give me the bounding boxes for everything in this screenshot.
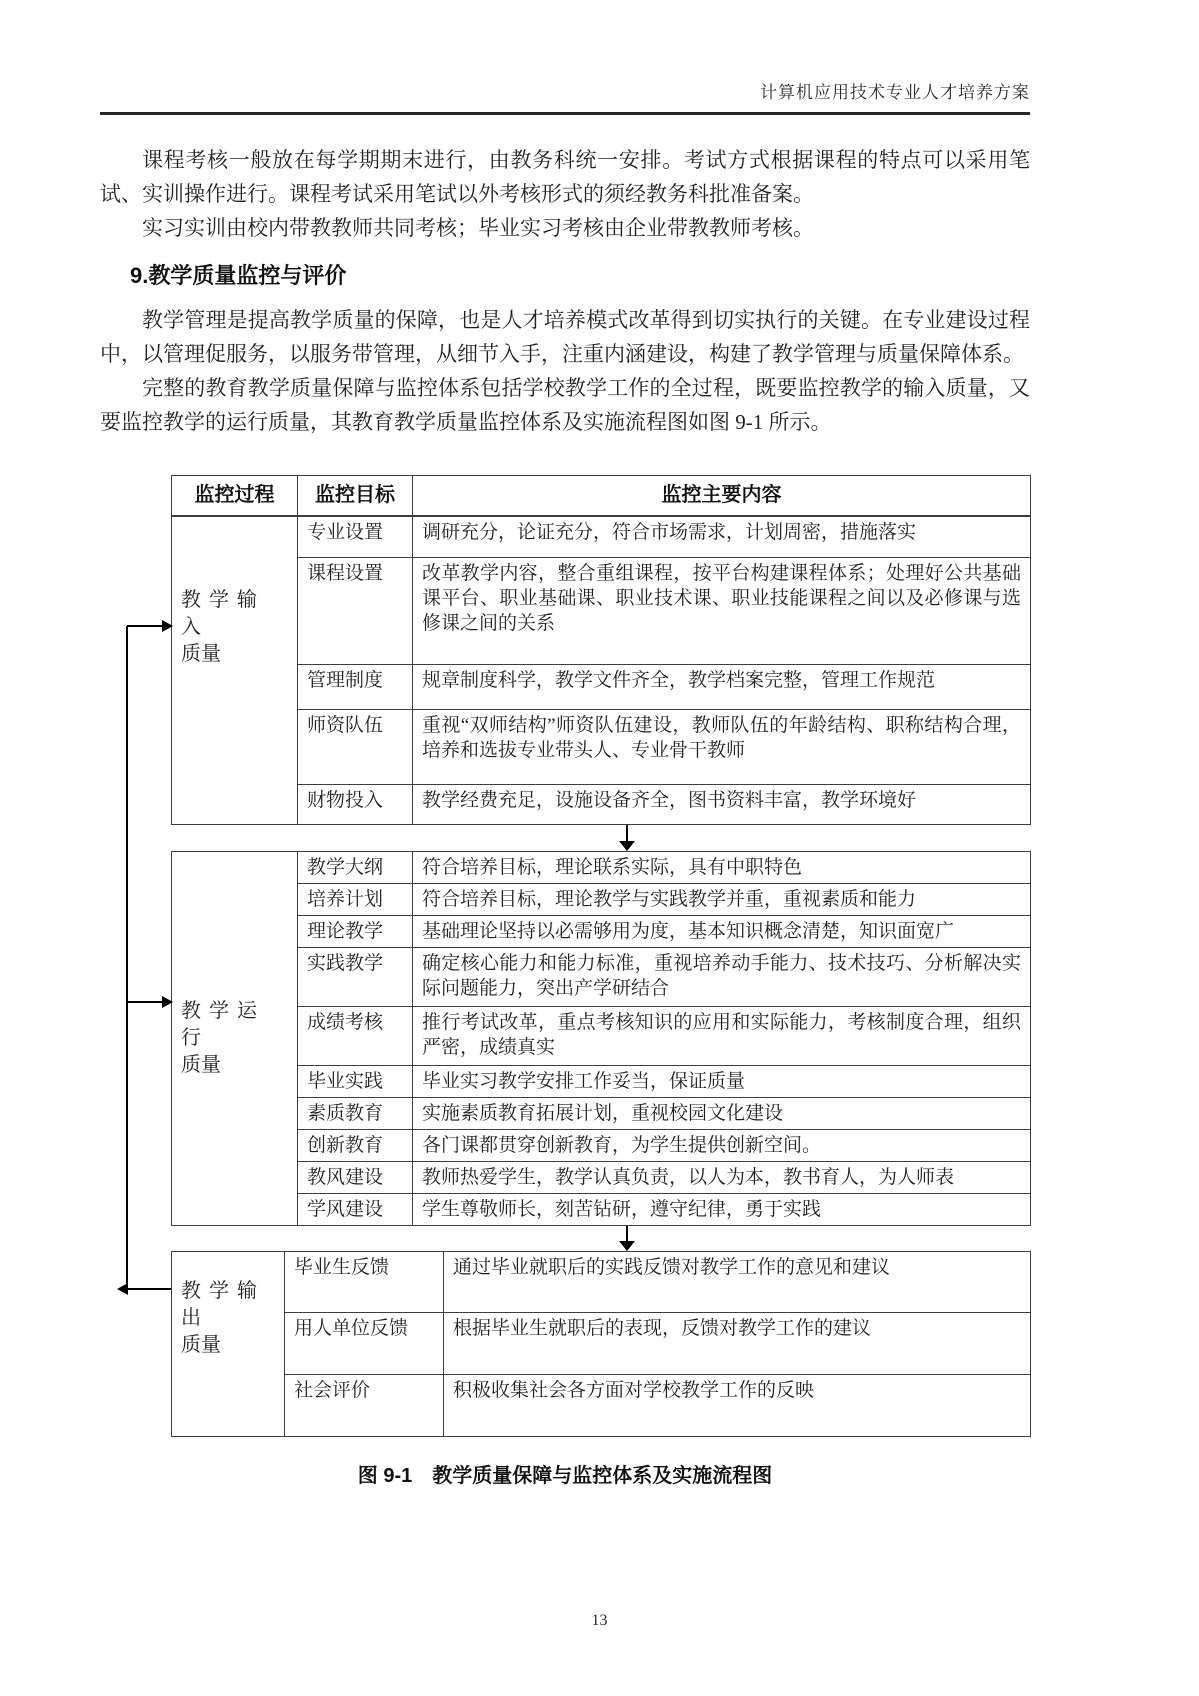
target-cell: 毕业生反馈 xyxy=(285,1252,444,1313)
target-cell: 毕业实践 xyxy=(298,1066,413,1098)
target-cell: 理论教学 xyxy=(298,916,413,948)
header-rule xyxy=(100,112,1030,115)
target-cell: 用人单位反馈 xyxy=(285,1313,444,1375)
down-arrow-head-icon xyxy=(619,1241,635,1251)
target-cell: 专业设置 xyxy=(298,516,413,558)
process-cell: 教学输入质量 xyxy=(172,516,298,825)
process-label-line2: 质量 xyxy=(181,1052,288,1079)
content-cell: 符合培养目标，理论教学与实践教学并重，重视素质和能力 xyxy=(413,884,1031,916)
body-paragraph-4: 完整的教育教学质量保障与监控体系包括学校教学工作的全过程，既要监控教学的输入质量… xyxy=(100,371,1030,439)
arrow-right-input-quality xyxy=(127,625,163,627)
process-label-line2: 质量 xyxy=(181,1332,275,1359)
section-heading: 9.教学质量监控与评价 xyxy=(130,261,1030,291)
target-cell: 师资队伍 xyxy=(298,710,413,785)
flow-row: 教学输入质量专业设置调研充分，论证充分，符合市场需求，计划周密，措施落实 xyxy=(172,516,1031,558)
flow-row: 财物投入教学经费充足，设施设备齐全，图书资料丰富，教学环境好 xyxy=(172,785,1031,825)
document-page: { "page": { "header_title": "计算机应用技术专业人才… xyxy=(0,0,1199,1696)
flow-column-header: 监控过程 xyxy=(172,476,298,516)
flow-row: 培养计划符合培养目标，理论教学与实践教学并重，重视素质和能力 xyxy=(172,884,1031,916)
flow-row: 课程设置改革教学内容，整合重组课程，按平台构建课程体系；处理好公共基础课平台、职… xyxy=(172,558,1031,665)
body-paragraph-3: 教学管理是提高教学质量的保障，也是人才培养模式改革得到切实执行的关键。在专业建设… xyxy=(100,303,1030,371)
body-paragraph-1: 课程考核一般放在每学期期末进行，由教务科统一安排。考试方式根据课程的特点可以采用… xyxy=(100,143,1030,211)
feedback-line xyxy=(126,626,128,1290)
arrow-right-running-quality xyxy=(127,1001,163,1003)
body-paragraph-2: 实习实训由校内带教教师共同考核；毕业实习考核由企业带教教师考核。 xyxy=(100,211,1030,245)
content-cell: 各门课都贯穿创新教育，为学生提供创新空间。 xyxy=(413,1130,1031,1162)
target-cell: 课程设置 xyxy=(298,558,413,665)
flow-column-header: 监控主要内容 xyxy=(413,476,1031,516)
arrow-left-output-feedback xyxy=(128,1288,171,1290)
page-number: 13 xyxy=(0,1612,1199,1630)
process-cell: 教学输出质量 xyxy=(172,1252,285,1437)
target-cell: 教学大纲 xyxy=(298,852,413,884)
flow-table-3: 教学输出质量毕业生反馈通过毕业就职后的实践反馈对教学工作的意见和建议用人单位反馈… xyxy=(171,1251,1031,1437)
flow-row: 师资队伍重视“双师结构”师资队伍建设，教师队伍的年龄结构、职称结构合理，培养和选… xyxy=(172,710,1031,785)
content-cell: 根据毕业生就职后的表现，反馈对教学工作的建议 xyxy=(444,1313,1031,1375)
flow-column-header: 监控目标 xyxy=(298,476,413,516)
target-cell: 教风建设 xyxy=(298,1162,413,1194)
content-cell: 符合培养目标，理论联系实际，具有中职特色 xyxy=(413,852,1031,884)
content-cell: 基础理论坚持以必需够用为度，基本知识概念清楚，知识面宽广 xyxy=(413,916,1031,948)
content-cell: 实施素质教育拓展计划，重视校园文化建设 xyxy=(413,1098,1031,1130)
content-cell: 调研充分，论证充分，符合市场需求，计划周密，措施落实 xyxy=(413,516,1031,558)
content-cell: 学生尊敬师长，刻苦钻研，遵守纪律，勇于实践 xyxy=(413,1194,1031,1226)
flow-row: 理论教学基础理论坚持以必需够用为度，基本知识概念清楚，知识面宽广 xyxy=(172,916,1031,948)
content-cell: 毕业实习教学安排工作妥当，保证质量 xyxy=(413,1066,1031,1098)
content-cell: 教学经费充足，设施设备齐全，图书资料丰富，教学环境好 xyxy=(413,785,1031,825)
content-cell: 教师热爱学生，教学认真负责，以人为本，教书育人，为人师表 xyxy=(413,1162,1031,1194)
process-label-line1: 教学输入 xyxy=(181,587,288,641)
target-cell: 素质教育 xyxy=(298,1098,413,1130)
down-arrow-head-icon xyxy=(619,841,635,851)
flow-row: 学风建设学生尊敬师长，刻苦钻研，遵守纪律，勇于实践 xyxy=(172,1194,1031,1226)
content-cell: 积极收集社会各方面对学校教学工作的反映 xyxy=(444,1375,1031,1437)
target-cell: 成绩考核 xyxy=(298,1007,413,1066)
flow-row: 教学输出质量毕业生反馈通过毕业就职后的实践反馈对教学工作的意见和建议 xyxy=(172,1252,1031,1313)
flow-row: 教学运行质量教学大纲符合培养目标，理论联系实际，具有中职特色 xyxy=(172,852,1031,884)
flow-row: 社会评价积极收集社会各方面对学校教学工作的反映 xyxy=(172,1375,1031,1437)
target-cell: 社会评价 xyxy=(285,1375,444,1437)
flow-header-row: 监控过程监控目标监控主要内容 xyxy=(172,476,1031,516)
flow-row: 管理制度规章制度科学，教学文件齐全，教学档案完整，管理工作规范 xyxy=(172,665,1031,710)
process-label-line2: 质量 xyxy=(181,641,288,668)
flow-row: 教风建设教师热爱学生，教学认真负责，以人为本，教书育人，为人师表 xyxy=(172,1162,1031,1194)
flow-row: 成绩考核推行考试改革，重点考核知识的应用和实际能力，考核制度合理，组织严密，成绩… xyxy=(172,1007,1031,1066)
content-cell: 重视“双师结构”师资队伍建设，教师队伍的年龄结构、职称结构合理，培养和选拔专业带… xyxy=(413,710,1031,785)
flow-table-1: 监控过程监控目标监控主要内容教学输入质量专业设置调研充分，论证充分，符合市场需求… xyxy=(171,475,1031,825)
flow-diagram: 监控过程监控目标监控主要内容教学输入质量专业设置调研充分，论证充分，符合市场需求… xyxy=(100,475,1040,1437)
process-label-line1: 教学运行 xyxy=(181,998,288,1052)
content-cell: 通过毕业就职后的实践反馈对教学工作的意见和建议 xyxy=(444,1252,1031,1313)
flow-row: 实践教学确定核心能力和能力标准，重视培养动手能力、技术技巧、分析解决实际问题能力… xyxy=(172,948,1031,1007)
target-cell: 实践教学 xyxy=(298,948,413,1007)
header-title: 计算机应用技术专业人才培养方案 xyxy=(760,83,1030,102)
flow-table-2: 教学运行质量教学大纲符合培养目标，理论联系实际，具有中职特色培养计划符合培养目标… xyxy=(171,851,1031,1226)
process-cell: 教学运行质量 xyxy=(172,852,298,1226)
flow-row: 用人单位反馈根据毕业生就职后的表现，反馈对教学工作的建议 xyxy=(172,1313,1031,1375)
figure-caption: 图 9-1 教学质量保障与监控体系及实施流程图 xyxy=(100,1459,1030,1488)
flow-row: 创新教育各门课都贯穿创新教育，为学生提供创新空间。 xyxy=(172,1130,1031,1162)
content-cell: 推行考试改革，重点考核知识的应用和实际能力，考核制度合理，组织严密，成绩真实 xyxy=(413,1007,1031,1066)
content-cell: 规章制度科学，教学文件齐全，教学档案完整，管理工作规范 xyxy=(413,665,1031,710)
target-cell: 创新教育 xyxy=(298,1130,413,1162)
content-cell: 确定核心能力和能力标准，重视培养动手能力、技术技巧、分析解决实际问题能力，突出产… xyxy=(413,948,1031,1007)
flow-row: 素质教育实施素质教育拓展计划，重视校园文化建设 xyxy=(172,1098,1031,1130)
target-cell: 管理制度 xyxy=(298,665,413,710)
document-header: 计算机应用技术专业人才培养方案 xyxy=(100,0,1030,115)
flow-row: 毕业实践毕业实习教学安排工作妥当，保证质量 xyxy=(172,1066,1031,1098)
process-label-line1: 教学输出 xyxy=(181,1278,275,1332)
flow-connector-down-1 xyxy=(100,825,1040,851)
target-cell: 学风建设 xyxy=(298,1194,413,1226)
content-cell: 改革教学内容，整合重组课程，按平台构建课程体系；处理好公共基础课平台、职业基础课… xyxy=(413,558,1031,665)
flow-connector-down-2 xyxy=(100,1226,1040,1251)
target-cell: 财物投入 xyxy=(298,785,413,825)
target-cell: 培养计划 xyxy=(298,884,413,916)
